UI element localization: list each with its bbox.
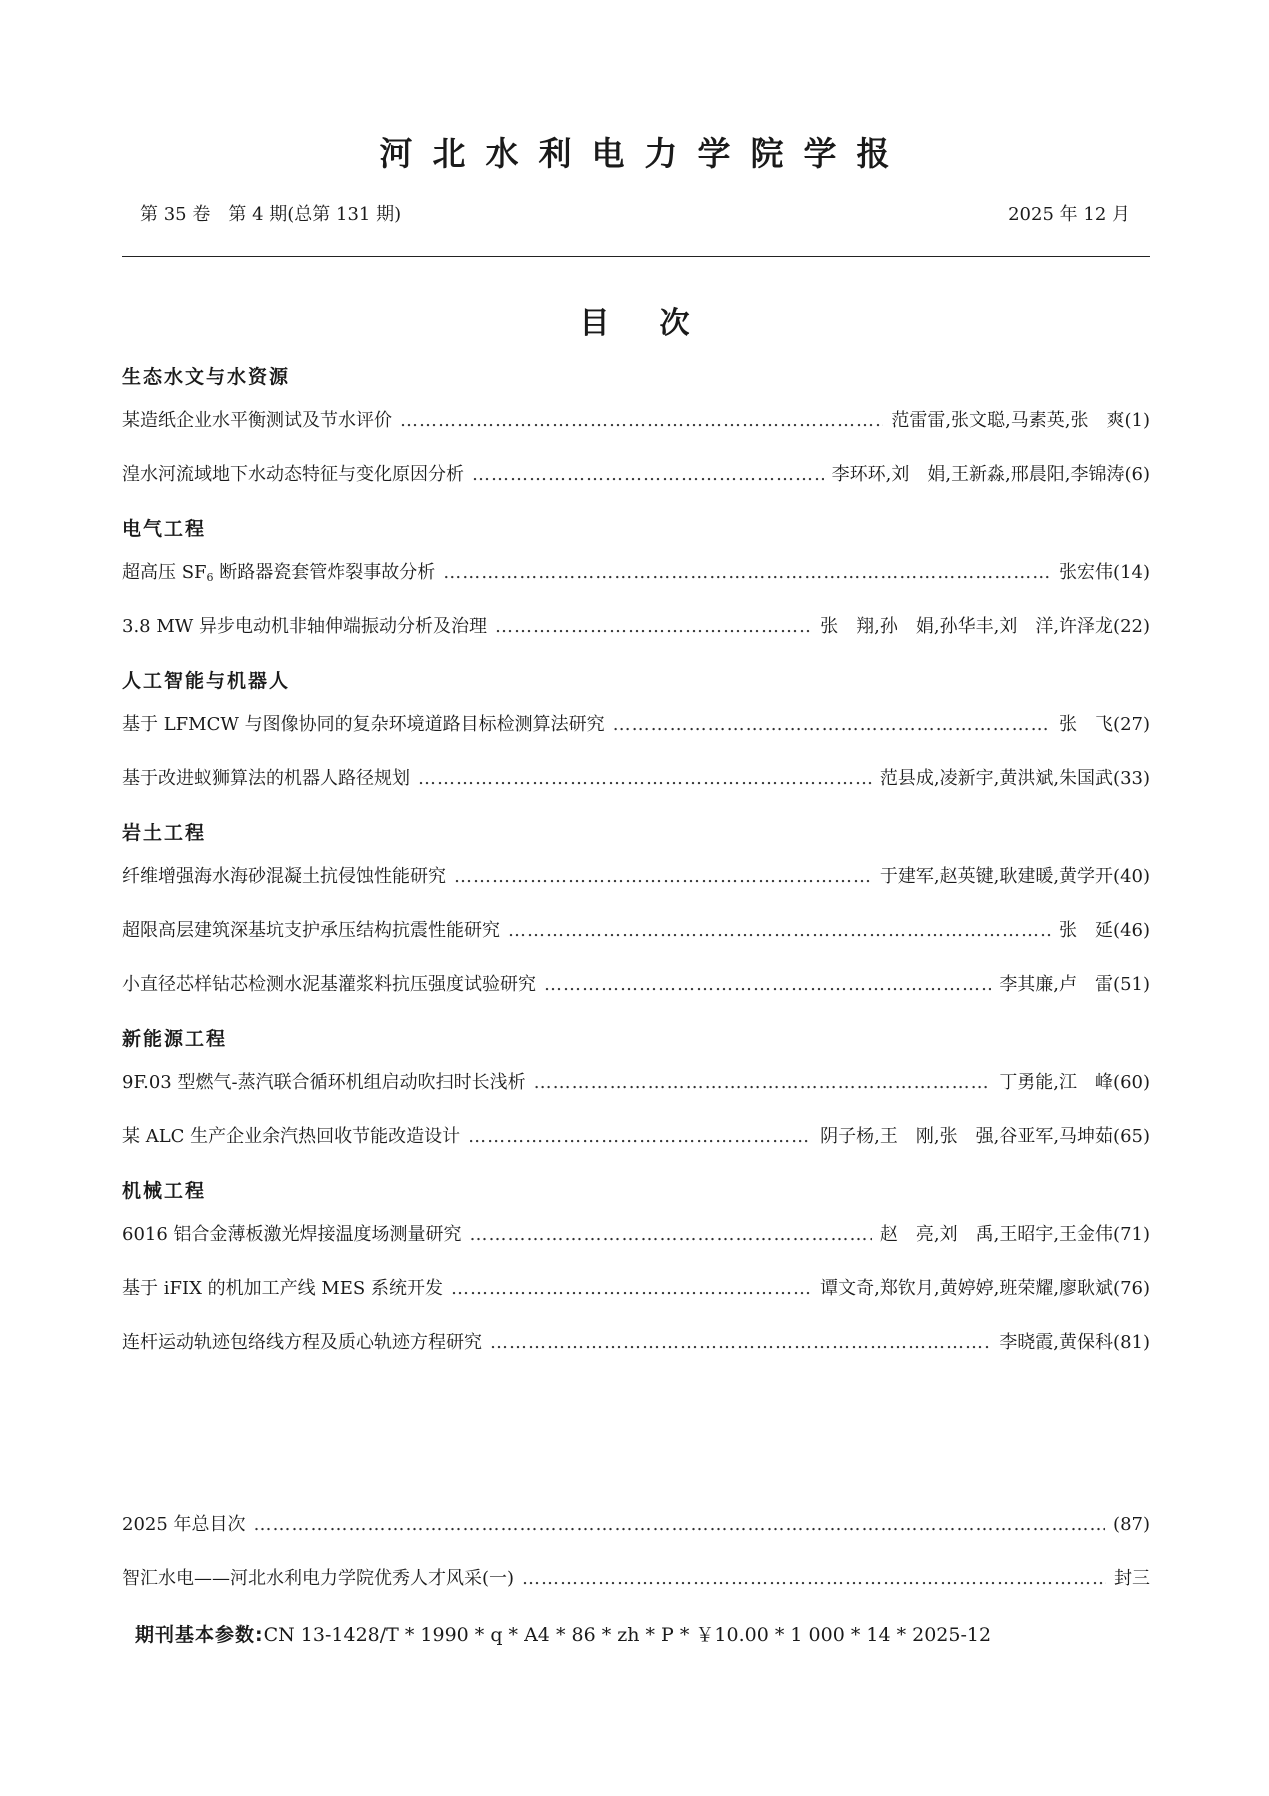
entry-authors: 张 飞 xyxy=(1059,710,1113,740)
dot-leader xyxy=(468,1122,812,1152)
entry-title-part: 超高压 SF xyxy=(122,562,207,583)
entry-page: (14) xyxy=(1113,558,1150,588)
entry-page: (65) xyxy=(1113,1122,1150,1152)
dot-leader xyxy=(418,764,872,794)
issue-line: 第 35 卷 第 4 期(总第 131 期) 2025 年 12 月 xyxy=(140,200,1130,226)
dot-leader xyxy=(470,1220,872,1250)
toc-entry-annual-index[interactable]: 2025 年总目次 (87) xyxy=(122,1510,1150,1564)
entry-authors: 于建军,赵英键,耿建暖,黄学开 xyxy=(880,862,1113,892)
toc-entry[interactable]: 基于改进蚁狮算法的机器人路径规划 范县成,凌新宇,黄洪斌,朱国武 (33) xyxy=(122,764,1150,818)
dot-leader xyxy=(472,460,824,490)
entry-authors: 赵 亮,刘 禹,王昭宇,王金伟 xyxy=(880,1220,1113,1250)
toc-entry[interactable]: 基于 iFIX 的机加工产线 MES 系统开发 谭文奇,郑钦月,黄婷婷,班荣耀,… xyxy=(122,1274,1150,1328)
dot-leader xyxy=(451,1274,812,1304)
entry-title: 6016 铝合金薄板激光焊接温度场测量研究 xyxy=(122,1220,462,1250)
entry-authors: 范雷雷,张文聪,马素英,张 爽 xyxy=(891,406,1124,436)
entry-page: (40) xyxy=(1113,862,1150,892)
entry-title: 连杆运动轨迹包络线方程及质心轨迹方程研究 xyxy=(122,1328,482,1358)
entry-page: (81) xyxy=(1113,1328,1150,1358)
toc-entry[interactable]: 湟水河流域地下水动态特征与变化原因分析 李环环,刘 娟,王新淼,邢晨阳,李锦涛 … xyxy=(122,460,1150,514)
entry-authors: 谭文奇,郑钦月,黄婷婷,班荣耀,廖耿斌 xyxy=(820,1274,1113,1304)
table-of-contents: 生态水文与水资源 某造纸企业水平衡测试及节水评价 范雷雷,张文聪,马素英,张 爽… xyxy=(122,362,1150,1382)
entry-title: 基于 LFMCW 与图像协同的复杂环境道路目标检测算法研究 xyxy=(122,710,605,740)
dot-leader xyxy=(454,862,872,892)
entry-page: (51) xyxy=(1113,970,1150,1000)
journal-title: 河北水利电力学院学报 xyxy=(0,128,1269,175)
toc-entry[interactable]: 9F.03 型燃气-蒸汽联合循环机组启动吹扫时长浅析 丁勇能,江 峰 (60) xyxy=(122,1068,1150,1122)
entry-title: 基于 iFIX 的机加工产线 MES 系统开发 xyxy=(122,1274,443,1304)
volume-issue: 第 35 卷 第 4 期(总第 131 期) xyxy=(140,200,401,226)
subscript: 6 xyxy=(207,571,214,584)
toc-entry[interactable]: 超限高层建筑深基坑支护承压结构抗震性能研究 张 延 (46) xyxy=(122,916,1150,970)
entry-authors: 李环环,刘 娟,王新淼,邢晨阳,李锦涛 xyxy=(832,460,1125,490)
toc-entry[interactable]: 小直径芯样钻芯检测水泥基灌浆料抗压强度试验研究 李其廉,卢 雷 (51) xyxy=(122,970,1150,1024)
entry-page: 封三 xyxy=(1114,1564,1150,1594)
entry-title: 基于改进蚁狮算法的机器人路径规划 xyxy=(122,764,410,794)
section-heading: 电气工程 xyxy=(122,514,1150,558)
toc-entry[interactable]: 超高压 SF6 断路器瓷套管炸裂事故分析 张宏伟 (14) xyxy=(122,558,1150,612)
dot-leader xyxy=(508,916,1051,946)
dot-leader xyxy=(254,1510,1106,1540)
entry-title: 3.8 MW 异步电动机非轴伸端振动分析及治理 xyxy=(122,612,487,642)
toc-entry[interactable]: 基于 LFMCW 与图像协同的复杂环境道路目标检测算法研究 张 飞 (27) xyxy=(122,710,1150,764)
entry-title: 9F.03 型燃气-蒸汽联合循环机组启动吹扫时长浅析 xyxy=(122,1068,526,1098)
header-rule xyxy=(122,256,1150,257)
entry-title: 小直径芯样钻芯检测水泥基灌浆料抗压强度试验研究 xyxy=(122,970,536,1000)
entry-authors: 丁勇能,江 峰 xyxy=(999,1068,1113,1098)
section-heading: 机械工程 xyxy=(122,1176,1150,1220)
entry-page: (6) xyxy=(1125,460,1151,490)
params-label: 期刊基本参数: xyxy=(135,1624,264,1646)
dot-leader xyxy=(534,1068,992,1098)
dot-leader xyxy=(495,612,812,642)
issue-date: 2025 年 12 月 xyxy=(1008,200,1130,226)
section-heading: 新能源工程 xyxy=(122,1024,1150,1068)
entry-title: 超高压 SF6 断路器瓷套管炸裂事故分析 xyxy=(122,558,435,593)
entry-page: (1) xyxy=(1125,406,1151,436)
entry-title: 某造纸企业水平衡测试及节水评价 xyxy=(122,406,392,436)
toc-entry[interactable]: 连杆运动轨迹包络线方程及质心轨迹方程研究 李晓霞,黄保科 (81) xyxy=(122,1328,1150,1382)
toc-title: 目次 xyxy=(0,298,1269,342)
entry-authors: 李其廉,卢 雷 xyxy=(999,970,1113,1000)
entry-authors: 李晓霞,黄保科 xyxy=(999,1328,1113,1358)
section-heading: 岩土工程 xyxy=(122,818,1150,862)
entry-title: 智汇水电——河北水利电力学院优秀人才风采(一) xyxy=(122,1564,514,1594)
entry-page: (87) xyxy=(1113,1510,1150,1540)
entry-page: (33) xyxy=(1113,764,1150,794)
entry-page: (71) xyxy=(1113,1220,1150,1250)
entry-page: (76) xyxy=(1113,1274,1150,1304)
toc-entry[interactable]: 某造纸企业水平衡测试及节水评价 范雷雷,张文聪,马素英,张 爽 (1) xyxy=(122,406,1150,460)
toc-entry-talent-showcase[interactable]: 智汇水电——河北水利电力学院优秀人才风采(一) 封三 xyxy=(122,1564,1150,1618)
entry-title-part: 断路器瓷套管炸裂事故分析 xyxy=(214,562,436,583)
journal-parameters: 期刊基本参数:CN 13-1428/T * 1990 * q * A4 * 86… xyxy=(135,1620,991,1647)
extra-entries: 2025 年总目次 (87) 智汇水电——河北水利电力学院优秀人才风采(一) 封… xyxy=(122,1510,1150,1618)
dot-leader xyxy=(490,1328,991,1358)
dot-leader xyxy=(443,558,1051,588)
toc-entry[interactable]: 3.8 MW 异步电动机非轴伸端振动分析及治理 张 翔,孙 娟,孙华丰,刘 洋,… xyxy=(122,612,1150,666)
toc-entry[interactable]: 6016 铝合金薄板激光焊接温度场测量研究 赵 亮,刘 禹,王昭宇,王金伟 (7… xyxy=(122,1220,1150,1274)
entry-title: 湟水河流域地下水动态特征与变化原因分析 xyxy=(122,460,464,490)
entry-authors: 张 翔,孙 娟,孙华丰,刘 洋,许泽龙 xyxy=(820,612,1113,642)
entry-page: (60) xyxy=(1113,1068,1150,1098)
entry-title: 超限高层建筑深基坑支护承压结构抗震性能研究 xyxy=(122,916,500,946)
entry-authors: 张 延 xyxy=(1059,916,1113,946)
entry-page: (27) xyxy=(1113,710,1150,740)
section-heading: 生态水文与水资源 xyxy=(122,362,1150,406)
entry-title: 纤维增强海水海砂混凝土抗侵蚀性能研究 xyxy=(122,862,446,892)
entry-authors: 阴子杨,王 刚,张 强,谷亚军,马坤茹 xyxy=(820,1122,1113,1152)
params-value: CN 13-1428/T * 1990 * q * A4 * 86 * zh *… xyxy=(264,1624,991,1646)
dot-leader xyxy=(400,406,883,436)
toc-entry[interactable]: 某 ALC 生产企业余汽热回收节能改造设计 阴子杨,王 刚,张 强,谷亚军,马坤… xyxy=(122,1122,1150,1176)
section-heading: 人工智能与机器人 xyxy=(122,666,1150,710)
entry-authors: 张宏伟 xyxy=(1059,558,1113,588)
entry-authors: 范县成,凌新宇,黄洪斌,朱国武 xyxy=(880,764,1113,794)
dot-leader xyxy=(544,970,991,1000)
dot-leader xyxy=(522,1564,1106,1594)
entry-page: (22) xyxy=(1113,612,1150,642)
toc-entry[interactable]: 纤维增强海水海砂混凝土抗侵蚀性能研究 于建军,赵英键,耿建暖,黄学开 (40) xyxy=(122,862,1150,916)
entry-title: 某 ALC 生产企业余汽热回收节能改造设计 xyxy=(122,1122,460,1152)
entry-title: 2025 年总目次 xyxy=(122,1510,246,1540)
entry-page: (46) xyxy=(1113,916,1150,946)
dot-leader xyxy=(613,710,1051,740)
